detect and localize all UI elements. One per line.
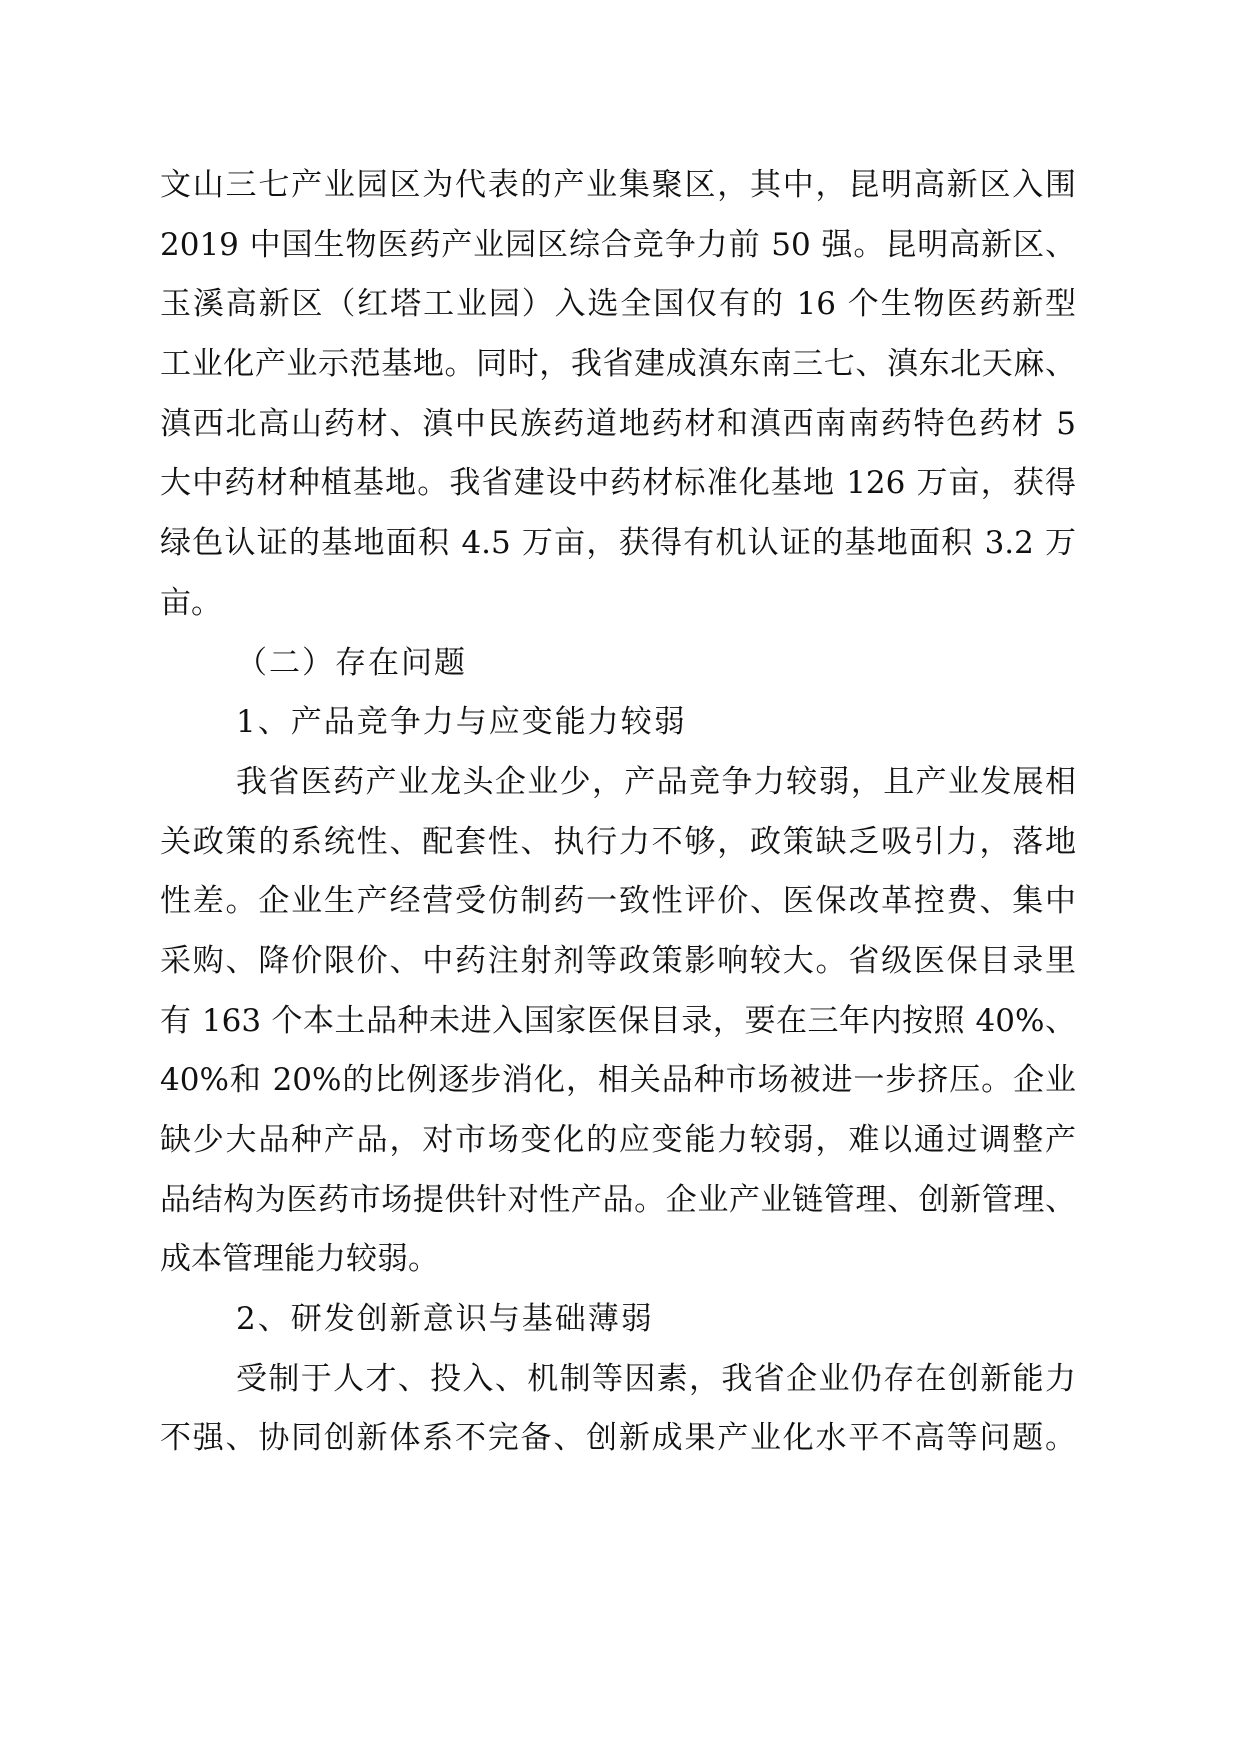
subheading-innovation: 2、研发创新意识与基础薄弱 xyxy=(160,1290,1076,1350)
subheading-competitiveness: 1、产品竞争力与应变能力较弱 xyxy=(160,693,1076,753)
text-line: 亩。 xyxy=(160,574,1076,634)
text-line: 受制于人才、投入、机制等因素，我省企业仍存在创新能力 xyxy=(160,1350,1076,1410)
text-line: 有 163 个本土品种未进入国家医保目录，要在三年内按照 40%、 xyxy=(160,992,1076,1052)
text-line: 绿色认证的基地面积 4.5 万亩，获得有机认证的基地面积 3.2 万 xyxy=(160,514,1076,574)
document-body: 文山三七产业园区为代表的产业集聚区，其中，昆明高新区入围 2019 中国生物医药… xyxy=(160,156,1076,1469)
paragraph-innovation: 受制于人才、投入、机制等因素，我省企业仍存在创新能力 不强、协同创新体系不完备、… xyxy=(160,1350,1076,1469)
text-line: 关政策的系统性、配套性、执行力不够，政策缺乏吸引力，落地 xyxy=(160,813,1076,873)
text-line: 不强、协同创新体系不完备、创新成果产业化水平不高等问题。 xyxy=(160,1409,1076,1469)
paragraph-industry-clusters: 文山三七产业园区为代表的产业集聚区，其中，昆明高新区入围 2019 中国生物医药… xyxy=(160,156,1076,634)
text-line: 滇西北高山药材、滇中民族药道地药材和滇西南南药特色药材 5 xyxy=(160,395,1076,455)
text-line: 2019 中国生物医药产业园区综合竞争力前 50 强。昆明高新区、 xyxy=(160,216,1076,276)
text-line: 性差。企业生产经营受仿制药一致性评价、医保改革控费、集中 xyxy=(160,872,1076,932)
text-line: 40%和 20%的比例逐步消化，相关品种市场被进一步挤压。企业 xyxy=(160,1051,1076,1111)
text-line: 我省医药产业龙头企业少，产品竞争力较弱，且产业发展相 xyxy=(160,753,1076,813)
paragraph-competitiveness: 我省医药产业龙头企业少，产品竞争力较弱，且产业发展相 关政策的系统性、配套性、执… xyxy=(160,753,1076,1290)
text-line: 大中药材种植基地。我省建设中药材标准化基地 126 万亩，获得 xyxy=(160,454,1076,514)
text-line: 成本管理能力较弱。 xyxy=(160,1230,1076,1290)
text-line: 采购、降价限价、中药注射剂等政策影响较大。省级医保目录里 xyxy=(160,932,1076,992)
text-line: 玉溪高新区（红塔工业园）入选全国仅有的 16 个生物医药新型 xyxy=(160,275,1076,335)
text-line: 文山三七产业园区为代表的产业集聚区，其中，昆明高新区入围 xyxy=(160,156,1076,216)
document-page: 文山三七产业园区为代表的产业集聚区，其中，昆明高新区入围 2019 中国生物医药… xyxy=(0,0,1240,1754)
text-line: 品结构为医药市场提供针对性产品。企业产业链管理、创新管理、 xyxy=(160,1171,1076,1231)
section-heading-existing-problems: （二）存在问题 xyxy=(160,634,1076,694)
text-line: 缺少大品种产品，对市场变化的应变能力较弱，难以通过调整产 xyxy=(160,1111,1076,1171)
text-line: 工业化产业示范基地。同时，我省建成滇东南三七、滇东北天麻、 xyxy=(160,335,1076,395)
